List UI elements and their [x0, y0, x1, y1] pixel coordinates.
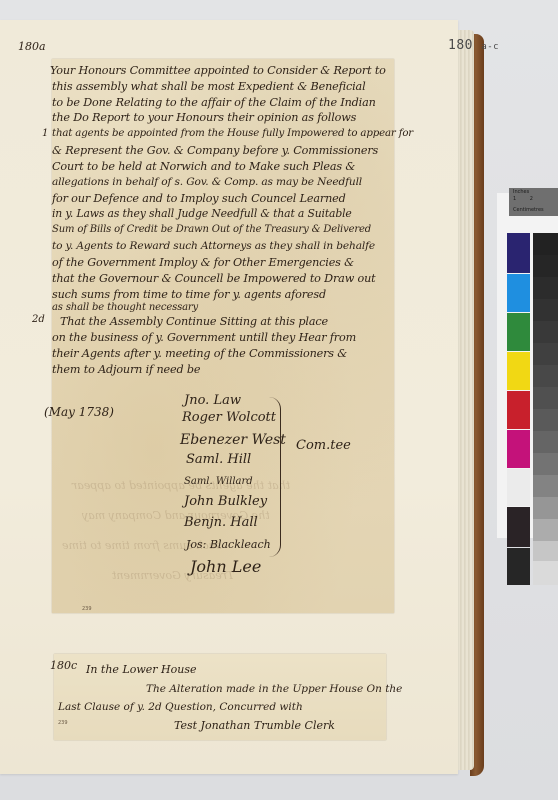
gray-step: [533, 233, 558, 255]
footer-mark: 239: [58, 720, 68, 726]
text-line: that the Governour & Councell be Impower…: [52, 273, 376, 284]
text-line: Last Clause of y. 2d Question, Concurred…: [58, 702, 303, 713]
gray-step: [533, 365, 558, 387]
swatch-blue-violet: [507, 233, 530, 273]
manuscript-sheet-small: 180c In the Lower House The Alteration m…: [54, 654, 386, 740]
swatch-red: [507, 391, 530, 429]
page-number-suffix: a-c: [481, 42, 499, 52]
scale-ruler: Inches 1 2 Centimetres: [509, 188, 558, 216]
gray-step: [533, 387, 558, 409]
swatch-magenta: [507, 430, 530, 468]
text-line: such sums from time to time for y. agent…: [52, 289, 326, 300]
text-line: Sum of Bills of Credit be Drawn Out of t…: [52, 225, 371, 235]
text-line: to y. Agents to Reward such Attorneys as…: [52, 241, 375, 252]
signature: John Bulkley: [184, 495, 267, 508]
gray-step: [533, 343, 558, 365]
text-line: to be Done Relating to the affair of the…: [52, 97, 376, 108]
folio-mark: 180c: [50, 660, 77, 671]
text-line: & Represent the Gov. & Company before y.…: [52, 145, 378, 156]
swatch-black-brown: [507, 507, 530, 547]
text-line: Court to be held at Norwich and to Make …: [52, 161, 355, 172]
text-line: That the Assembly Continue Sitting at th…: [60, 316, 328, 327]
gray-step: [533, 519, 558, 541]
margin-note: 2d: [32, 315, 45, 325]
gray-step: [533, 561, 558, 585]
text-line: the Do Report to your Honours their opin…: [52, 112, 356, 123]
text-line: Your Honours Committee appointed to Cons…: [50, 65, 386, 76]
margin-note: 1: [42, 129, 48, 139]
text-line: this assembly what shall be most Expedie…: [52, 81, 366, 92]
text-line: allegations in behalf of s. Gov. & Comp.…: [52, 177, 362, 188]
text-line: that agents be appointed from the House …: [52, 129, 413, 139]
gray-step: [533, 541, 558, 561]
signature: Benjn. Hall: [184, 516, 258, 529]
album-page-number: 180 a-c: [448, 38, 499, 53]
brace-note: Com.tee: [296, 439, 351, 452]
gray-step: [533, 453, 558, 475]
signature: Jos: Blackleach: [186, 539, 271, 550]
text-line: Test Jonathan Trumble Clerk: [174, 720, 335, 731]
signature-brace: [268, 397, 281, 557]
signature: Saml. Willard: [184, 477, 253, 487]
manuscript-sheet-main: that the agents be appointed to appear t…: [52, 59, 394, 613]
ruler-centimetres-label: Centimetres: [513, 207, 544, 213]
gray-step: [533, 475, 558, 497]
folio-mark: 180a: [18, 41, 46, 52]
bleed-through-text: that the agents be appointed to appear: [72, 479, 290, 492]
swatch-cyan: [507, 274, 530, 312]
signature: Roger Wolcott: [182, 411, 276, 424]
swatch-black: [507, 548, 530, 585]
ruler-ticks: 1 2: [513, 196, 539, 202]
gray-step: [533, 431, 558, 453]
swatch-yellow: [507, 352, 530, 390]
gray-step: [533, 497, 558, 519]
page-number-value: 180: [448, 38, 473, 53]
gray-step: [533, 409, 558, 431]
gray-step: [533, 255, 558, 277]
signature: John Lee: [190, 559, 261, 575]
gray-step: [533, 321, 558, 343]
gray-step: [533, 299, 558, 321]
text-line: for our Defence and to Imploy such Counc…: [52, 193, 346, 204]
signature: Jno. Law: [184, 394, 241, 407]
text-line: In the Lower House: [86, 664, 197, 675]
text-line: on the business of y. Government untill …: [52, 332, 356, 343]
text-line: The Alteration made in the Upper House O…: [146, 684, 402, 695]
footer-mark: 239: [82, 606, 92, 612]
text-line: of the Government Imploy & for Other Eme…: [52, 257, 354, 268]
text-line: in y. Laws as they shall Judge Needfull …: [52, 209, 352, 220]
date-note: (May 1738): [44, 406, 114, 418]
swatch-white: [507, 469, 530, 506]
text-line: their Agents after y. meeting of the Com…: [52, 348, 347, 359]
signature: Saml. Hill: [186, 453, 251, 466]
swatch-green: [507, 313, 530, 351]
ruler-inches-label: Inches: [513, 189, 529, 195]
text-line: as shall be thought necessary: [52, 303, 198, 313]
gray-step: [533, 277, 558, 299]
text-line: them to Adjourn if need be: [52, 364, 200, 375]
